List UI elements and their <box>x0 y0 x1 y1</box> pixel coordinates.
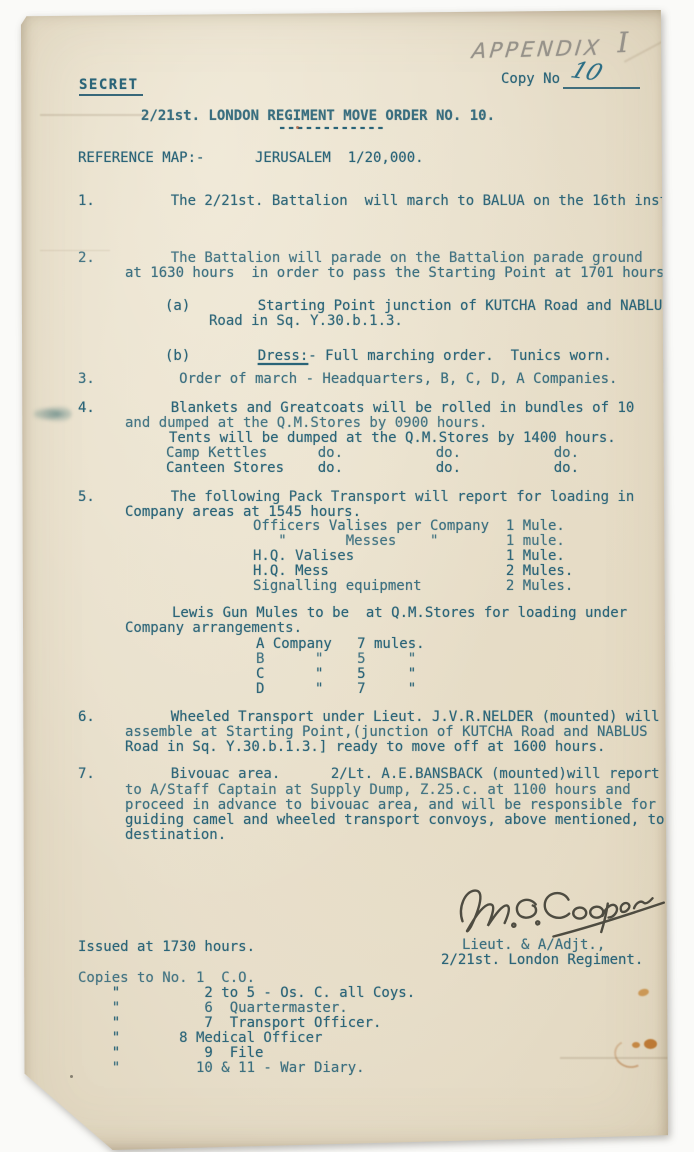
para-5-cont: Company areas at 1545 hours. <box>125 505 361 519</box>
copies-line: " 9 File <box>78 1046 263 1060</box>
copies-line: Copies to No. 1 C.O. <box>78 971 255 985</box>
para-7-cont: guiding camel and wheeled transport conv… <box>125 813 664 827</box>
copy-number-label: Copy No <box>501 72 560 86</box>
mule-row: B " 5 " <box>256 652 416 666</box>
pack-row: H.Q. Mess 2 Mules. <box>253 564 573 578</box>
ink-smudge <box>40 405 72 423</box>
document-page: APPENDIXI SECRET Copy No 10 2/21st. LOND… <box>20 10 668 1150</box>
para-6-cont: assemble at Starting Point,(junction of … <box>125 725 648 739</box>
para-7-cont: destination. <box>125 828 226 842</box>
para-6-cont: Road in Sq. Y.30.b.1.3.] ready to move o… <box>125 740 605 754</box>
para-4: 4. Blankets and Greatcoats will be rolle… <box>78 401 634 415</box>
para-2a: (a) Starting Point junction of KUTCHA Ro… <box>165 299 671 313</box>
para-4-tents: Tents will be dumped at the Q.M.Stores b… <box>169 431 616 445</box>
mule-row: C " 5 " <box>256 667 416 681</box>
rust-stain <box>637 988 649 998</box>
copies-line: " 8 Medical Officer <box>78 1031 322 1045</box>
lewis-gun-cont: Company arrangements. <box>125 621 302 635</box>
copies-line: " 2 to 5 - Os. C. all Coys. <box>78 986 415 1000</box>
paper-crease <box>624 27 688 62</box>
pack-row: " Messes " 1 mule. <box>253 534 565 548</box>
signature-strokes <box>454 870 669 945</box>
rust-stain <box>632 1042 640 1048</box>
appendix-numeral: I <box>617 26 629 59</box>
reference-map-line: REFERENCE MAP:- JERUSALEM 1/20,000. <box>78 151 424 165</box>
para-2a-cont: Road in Sq. Y.30.b.1.3. <box>209 314 403 328</box>
para-2b: (b) Dress:- Full marching order. Tunics … <box>165 349 612 363</box>
mule-row: A Company 7 mules. <box>256 637 425 651</box>
para-5: 5. The following Pack Transport will rep… <box>78 490 634 504</box>
lewis-gun-line: Lewis Gun Mules to be at Q.M.Stores for … <box>172 606 627 620</box>
issued-line: Issued at 1730 hours. <box>78 940 255 954</box>
title-underline-dashes: ------------ <box>278 121 385 135</box>
para-2-cont: at 1630 hours in order to pass the Start… <box>125 266 673 280</box>
signatory-unit: 2/21st. London Regiment. <box>441 953 643 967</box>
copies-line: " 7 Transport Officer. <box>78 1016 381 1030</box>
rust-stain-ring <box>611 1036 649 1071</box>
para-4-kettles: Camp Kettles do. do. do. <box>166 446 579 460</box>
paper-crease <box>560 1057 686 1059</box>
copy-number-underline <box>563 87 640 89</box>
pack-row: Officers Valises per Company 1 Mule. <box>253 519 565 533</box>
ink-smudge <box>34 409 60 419</box>
para-2: 2. The Battalion will parade on the Batt… <box>78 251 643 265</box>
para-7-cont: to A/Staff Captain at Supply Dump, Z.25.… <box>125 783 631 797</box>
photo-background: APPENDIXI SECRET Copy No 10 2/21st. LOND… <box>0 0 694 1152</box>
para-7: 7. Bivouac area. 2/Lt. A.E.BANSBACK (mou… <box>78 767 660 781</box>
classification-label: SECRET <box>79 78 143 96</box>
para-4-canteen: Canteen Stores do. do. do. <box>166 461 579 475</box>
appendix-annotation: APPENDIXI <box>472 28 629 65</box>
signature <box>454 870 669 947</box>
ink-speck <box>70 1075 73 1078</box>
para-3: 3. Order of march - Headquarters, B, C, … <box>78 372 617 386</box>
para-6: 6. Wheeled Transport under Lieut. J.V.R.… <box>78 710 660 724</box>
para-4-cont: and dumped at the Q.M.Stores by 0900 hou… <box>125 416 487 430</box>
paper-crease <box>40 114 148 116</box>
copies-line: " 10 & 11 - War Diary. <box>78 1061 365 1075</box>
paper-shadow: APPENDIXI SECRET Copy No 10 2/21st. LOND… <box>0 0 694 1152</box>
copies-line: " 6 Quartermaster. <box>78 1001 348 1015</box>
rust-stain <box>644 1039 657 1049</box>
para-7-cont: proceed in advance to bivouac area, and … <box>125 798 656 812</box>
para-1: 1. The 2/21st. Battalion will march to B… <box>78 194 676 208</box>
pack-row: Signalling equipment 2 Mules. <box>253 579 573 593</box>
pack-row: H.Q. Valises 1 Mule. <box>253 549 565 563</box>
mule-row: D " 7 " <box>256 682 416 696</box>
